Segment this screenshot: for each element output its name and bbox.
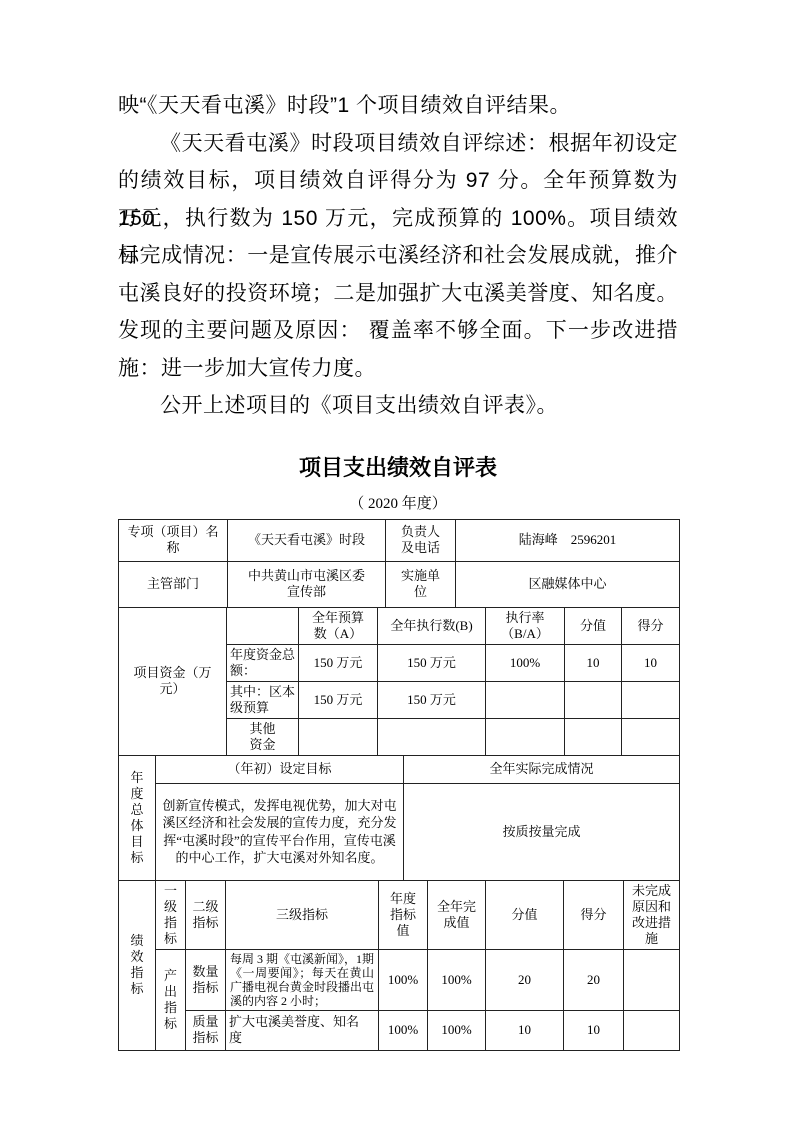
funds-total-exec: 150 万元 — [378, 644, 486, 681]
annual-goal-table: 年度总体目标 （年初）设定目标 全年实际完成情况 创新宣传模式，发挥电视优势，加… — [118, 755, 680, 881]
funds-total-score: 10 — [622, 644, 680, 681]
perf-scoretotal-header: 分值 — [486, 880, 564, 949]
project-info-table: 专项（项目）名称 《天天看屯溪》时段 负责人及电话 陆海峰 2596201 主管… — [118, 519, 680, 608]
intro-line: 屯溪良好的投资环境；二是加强扩大屯溪美誉度、知名度。 — [118, 275, 678, 313]
perf-section-label: 绩效指标 — [119, 880, 156, 1050]
perf-quality-reason — [624, 1010, 680, 1050]
performance-table: 绩效指标 一级指标 二级指标 三级指标 年度指标值 全年完成值 分值 得分 未完… — [118, 880, 680, 1051]
dept-label: 主管部门 — [119, 561, 228, 607]
goal-set-header: （年初）设定目标 — [156, 755, 404, 783]
funds-row-total-label: 年度资金总额： — [227, 644, 299, 681]
funds-row-district-label: 其中：区本级预算 — [227, 681, 299, 718]
perf-quantity-scoretotal: 20 — [486, 949, 564, 1010]
funds-district-budget: 150 万元 — [299, 681, 378, 718]
funds-budget-header: 全年预算数（A） — [299, 607, 378, 644]
intro-line: 施：进一步加大宣传力度。 — [118, 350, 678, 388]
document-page: 映“《天天看屯溪》时段”1 个项目绩效自评结果。《天天看屯溪》时段项目绩效自评综… — [0, 0, 793, 1122]
annual-goal-section-label: 年度总体目标 — [119, 755, 156, 880]
perf-quality-complete: 100% — [428, 1010, 486, 1050]
goal-actual-header: 全年实际完成情况 — [404, 755, 680, 783]
perf-quality-l3: 扩大屯溪美誉度、知名度 — [226, 1010, 379, 1050]
perf-quantity-label: 数量指标 — [186, 949, 226, 1010]
goal-set-text: 创新宣传模式，发挥电视优势，加大对屯溪区经济和社会发展的宣传力度，充分发挥“屯溪… — [156, 783, 404, 880]
perf-quality-scoretotal: 10 — [486, 1010, 564, 1050]
perf-quality-annual: 100% — [379, 1010, 428, 1050]
perf-quantity-score: 20 — [564, 949, 624, 1010]
table-title: 项目支出绩效自评表 — [118, 455, 678, 481]
perf-reason-header: 未完成原因和改进措施 — [624, 880, 680, 949]
funds-district-score — [622, 681, 680, 718]
funds-other-score — [622, 718, 680, 755]
project-name-label: 专项（项目）名称 — [119, 519, 228, 561]
funds-district-scoretotal — [565, 681, 622, 718]
perf-quantity-complete: 100% — [428, 949, 486, 1010]
perf-quantity-l3: 每周 3 期《屯溪新闻》，1期《一周要闻》；每天在黄山广播电视台黄金时段播出屯溪… — [226, 949, 379, 1010]
impl-unit-label: 实施单位 — [386, 561, 456, 607]
intro-line: 公开上述项目的《项目支出绩效自评表》。 — [118, 387, 678, 425]
funds-other-scoretotal — [565, 718, 622, 755]
perf-annual-header: 年度指标值 — [379, 880, 428, 949]
funds-section-label: 项目资金（万元） — [119, 607, 227, 755]
project-name-value: 《天天看屯溪》时段 — [228, 519, 386, 561]
perf-quality-score: 10 — [564, 1010, 624, 1050]
intro-line: 万元，执行数为 150 万元，完成预算的 100%。项目绩效目 — [118, 200, 678, 238]
funds-other-exec — [378, 718, 486, 755]
intro-line: 的绩效目标，项目绩效自评得分为 97 分。全年预算数为 150 — [118, 162, 678, 200]
perf-score-header: 得分 — [564, 880, 624, 949]
funds-total-budget: 150 万元 — [299, 644, 378, 681]
funds-district-exec: 150 万元 — [378, 681, 486, 718]
perf-quantity-reason — [624, 949, 680, 1010]
goal-actual-text: 按质按量完成 — [404, 783, 680, 880]
intro-line: 映“《天天看屯溪》时段”1 个项目绩效自评结果。 — [118, 87, 678, 125]
funds-other-budget — [299, 718, 378, 755]
funds-row-other-label: 其他资金 — [227, 718, 299, 755]
perf-l3-header: 三级指标 — [226, 880, 379, 949]
funds-district-rate — [486, 681, 565, 718]
funds-scoretotal-header: 分值 — [565, 607, 622, 644]
funds-subcategory-header — [227, 607, 299, 644]
impl-unit-value: 区融媒体中心 — [456, 561, 680, 607]
table-subtitle: （ 2020 年度） — [118, 495, 678, 513]
funds-total-rate: 100% — [486, 644, 565, 681]
perf-level1-output: 产出指标 — [156, 949, 186, 1050]
dept-value: 中共黄山市屯溪区委宣传部 — [228, 561, 386, 607]
funds-score-header: 得分 — [622, 607, 680, 644]
funds-exec-header: 全年执行数(B) — [378, 607, 486, 644]
funds-total-scoretotal: 10 — [565, 644, 622, 681]
funds-rate-header: 执行率（B/A） — [486, 607, 565, 644]
intro-line: 标完成情况：一是宣传展示屯溪经济和社会发展成就，推介 — [118, 237, 678, 275]
manager-value: 陆海峰 2596201 — [456, 519, 680, 561]
intro-line: 发现的主要问题及原因： 覆盖率不够全面。下一步改进措 — [118, 312, 678, 350]
perf-complete-header: 全年完成值 — [428, 880, 486, 949]
manager-label: 负责人及电话 — [386, 519, 456, 561]
perf-quantity-annual: 100% — [379, 949, 428, 1010]
intro-line: 《天天看屯溪》时段项目绩效自评综述：根据年初设定 — [118, 125, 678, 163]
intro-paragraphs: 映“《天天看屯溪》时段”1 个项目绩效自评结果。《天天看屯溪》时段项目绩效自评综… — [118, 0, 678, 425]
project-funds-table: 项目资金（万元） 全年预算数（A） 全年执行数(B) 执行率（B/A） 分值 得… — [118, 607, 680, 756]
perf-quality-label: 质量指标 — [186, 1010, 226, 1050]
perf-l1-header: 一级指标 — [156, 880, 186, 949]
perf-l2-header: 二级指标 — [186, 880, 226, 949]
funds-other-rate — [486, 718, 565, 755]
